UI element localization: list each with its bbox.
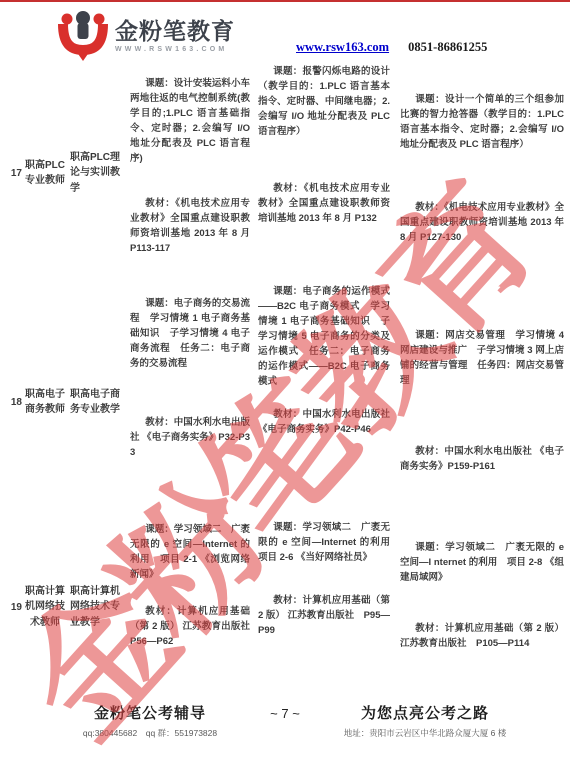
textbook: 教材：计算机应用基础（第 2 版） 江苏教育出版社 P56—P62 bbox=[130, 604, 250, 649]
lesson-topic: 课题：学习领域二 广袤无限的 e 空间—Internet 的利用 项目 2-6 … bbox=[258, 520, 390, 565]
page-footer: 金粉笔公考辅导 qq:380445682 qq 群：551973828 ~ 7 … bbox=[0, 702, 570, 739]
lesson-topic: 课题：电子商务的运作模式——B2C 电子商务模式 学习情境 1 电子商务基础知识… bbox=[258, 284, 390, 389]
teacher-position: 职高PLC专业教师 bbox=[22, 62, 68, 284]
table-row-19: 19 职高计算机网络技术教师 职高计算机网络技术专业教学 课题：学习领域二 广袤… bbox=[0, 520, 570, 694]
row18-col1: 课题：电子商务的交易流程 学习情境 1 电子商务基础知识 子学习情境 4 电子商… bbox=[126, 284, 254, 520]
table-row-17: 17 职高PLC专业教师 职高PLC理论与实训教学 课题：设计安装运料小车两地往… bbox=[0, 62, 570, 284]
teaching-subject: 职高电子商务专业教学 bbox=[68, 284, 126, 520]
row19-col3: 课题：学习领域二 广袤无限的 e 空间—I nternet 的利用 项目 2-8… bbox=[394, 520, 570, 694]
textbook: 教材：中国水利水电出版社 《电子商务实务》P42-P46 bbox=[258, 407, 390, 437]
row17-col3: 课题：设计一个简单的三个组参加比赛的智力抢答器（教学目的：1.PLC 语言基本指… bbox=[394, 62, 570, 284]
lesson-topic: 课题：网店交易管理 学习情境 4 网店建设与推广 子学习情境 3 网上店铺的经营… bbox=[400, 328, 564, 388]
footer-slogan: 为您点亮公考之路 bbox=[320, 702, 530, 723]
row-number: 18 bbox=[0, 284, 22, 520]
textbook: 教材：中国水利水电出版社 《电子商务实务》P159-P161 bbox=[400, 444, 564, 474]
top-red-line bbox=[0, 0, 570, 2]
lesson-topic: 课题：设计一个简单的三个组参加比赛的智力抢答器（教学目的：1.PLC 语言基本指… bbox=[400, 92, 564, 152]
teacher-position: 职高计算机网络技术教师 bbox=[22, 520, 68, 694]
textbook: 教材：《机电技术应用专业教材》全国重点建设职教师资培训基地 2013 年 8 月… bbox=[258, 181, 390, 226]
footer-qq: qq:380445682 qq 群：551973828 bbox=[50, 727, 250, 739]
row-number: 17 bbox=[0, 62, 22, 284]
textbook: 教材：计算机应用基础（第 2 版） 江苏教育出版社 P105—P114 bbox=[400, 621, 564, 651]
lesson-topic: 课题：学习领域二 广袤无限的 e 空间—Internet 的利用 项目 2-1 … bbox=[130, 522, 250, 582]
textbook: 教材：《机电技术应用专业教材》全国重点建设职教师资培训基地 2013 年 8 月… bbox=[130, 196, 250, 256]
brand-site-small: WWW.RSW163.COM bbox=[115, 46, 235, 53]
footer-brand: 金粉笔公考辅导 bbox=[50, 702, 250, 723]
row19-col1: 课题：学习领域二 广袤无限的 e 空间—Internet 的利用 项目 2-1 … bbox=[126, 520, 254, 694]
row18-col3: 课题：网店交易管理 学习情境 4 网店建设与推广 子学习情境 3 网上店铺的经营… bbox=[394, 284, 570, 520]
website-link[interactable]: www.rsw163.com bbox=[296, 40, 389, 54]
teaching-subject: 职高计算机网络技术专业教学 bbox=[68, 520, 126, 694]
row17-col2: 课题：报警闪烁电路的设计（教学目的：1.PLC 语言基本指令、定时器、中间继电器… bbox=[254, 62, 394, 284]
textbook: 教材：计算机应用基础（第 2 版） 江苏教育出版社 P95—P99 bbox=[258, 593, 390, 638]
logo: 金粉笔教育 WWW.RSW163.COM bbox=[58, 10, 235, 62]
lesson-topic: 课题：设计安装运料小车两地往返的电气控制系统(教学目的;1.PLC 语言基础指令… bbox=[130, 76, 250, 166]
lesson-topic: 课题：学习领域二 广袤无限的 e 空间—I nternet 的利用 项目 2-8… bbox=[400, 540, 564, 585]
lesson-topic: 课题：电子商务的交易流程 学习情境 1 电子商务基础知识 子学习情境 4 电子商… bbox=[130, 296, 250, 371]
table-row-18: 18 职高电子商务教师 职高电子商务专业教学 课题：电子商务的交易流程 学习情境… bbox=[0, 284, 570, 520]
row18-col2: 课题：电子商务的运作模式——B2C 电子商务模式 学习情境 1 电子商务基础知识… bbox=[254, 284, 394, 520]
textbook: 教材：《机电技术应用专业教材》全国重点建设职教师资培训基地 2013 年 8 月… bbox=[400, 200, 564, 245]
phone-number: 0851-86861255 bbox=[408, 40, 487, 54]
exam-table: 17 职高PLC专业教师 职高PLC理论与实训教学 课题：设计安装运料小车两地往… bbox=[0, 62, 570, 694]
lesson-topic: 课题：报警闪烁电路的设计（教学目的：1.PLC 语言基本指令、定时器、中间继电器… bbox=[258, 64, 390, 139]
brand-logo-icon bbox=[58, 10, 108, 62]
teacher-position: 职高电子商务教师 bbox=[22, 284, 68, 520]
row19-col2: 课题：学习领域二 广袤无限的 e 空间—Internet 的利用 项目 2-6 … bbox=[254, 520, 394, 694]
brand-name: 金粉笔教育 bbox=[115, 19, 235, 43]
page-header: 金粉笔教育 WWW.RSW163.COM www.rsw163.com 0851… bbox=[0, 6, 570, 62]
teaching-subject: 职高PLC理论与实训教学 bbox=[68, 62, 126, 284]
page-number: ~ 7 ~ bbox=[250, 706, 320, 721]
row17-col1: 课题：设计安装运料小车两地往返的电气控制系统(教学目的;1.PLC 语言基础指令… bbox=[126, 62, 254, 284]
row-number: 19 bbox=[0, 520, 22, 694]
footer-address: 地址：贵阳市云岩区中华北路众厦大厦 6 楼 bbox=[320, 727, 530, 739]
textbook: 教材：中国水利水电出版社 《电子商务实务》P32-P33 bbox=[130, 415, 250, 460]
